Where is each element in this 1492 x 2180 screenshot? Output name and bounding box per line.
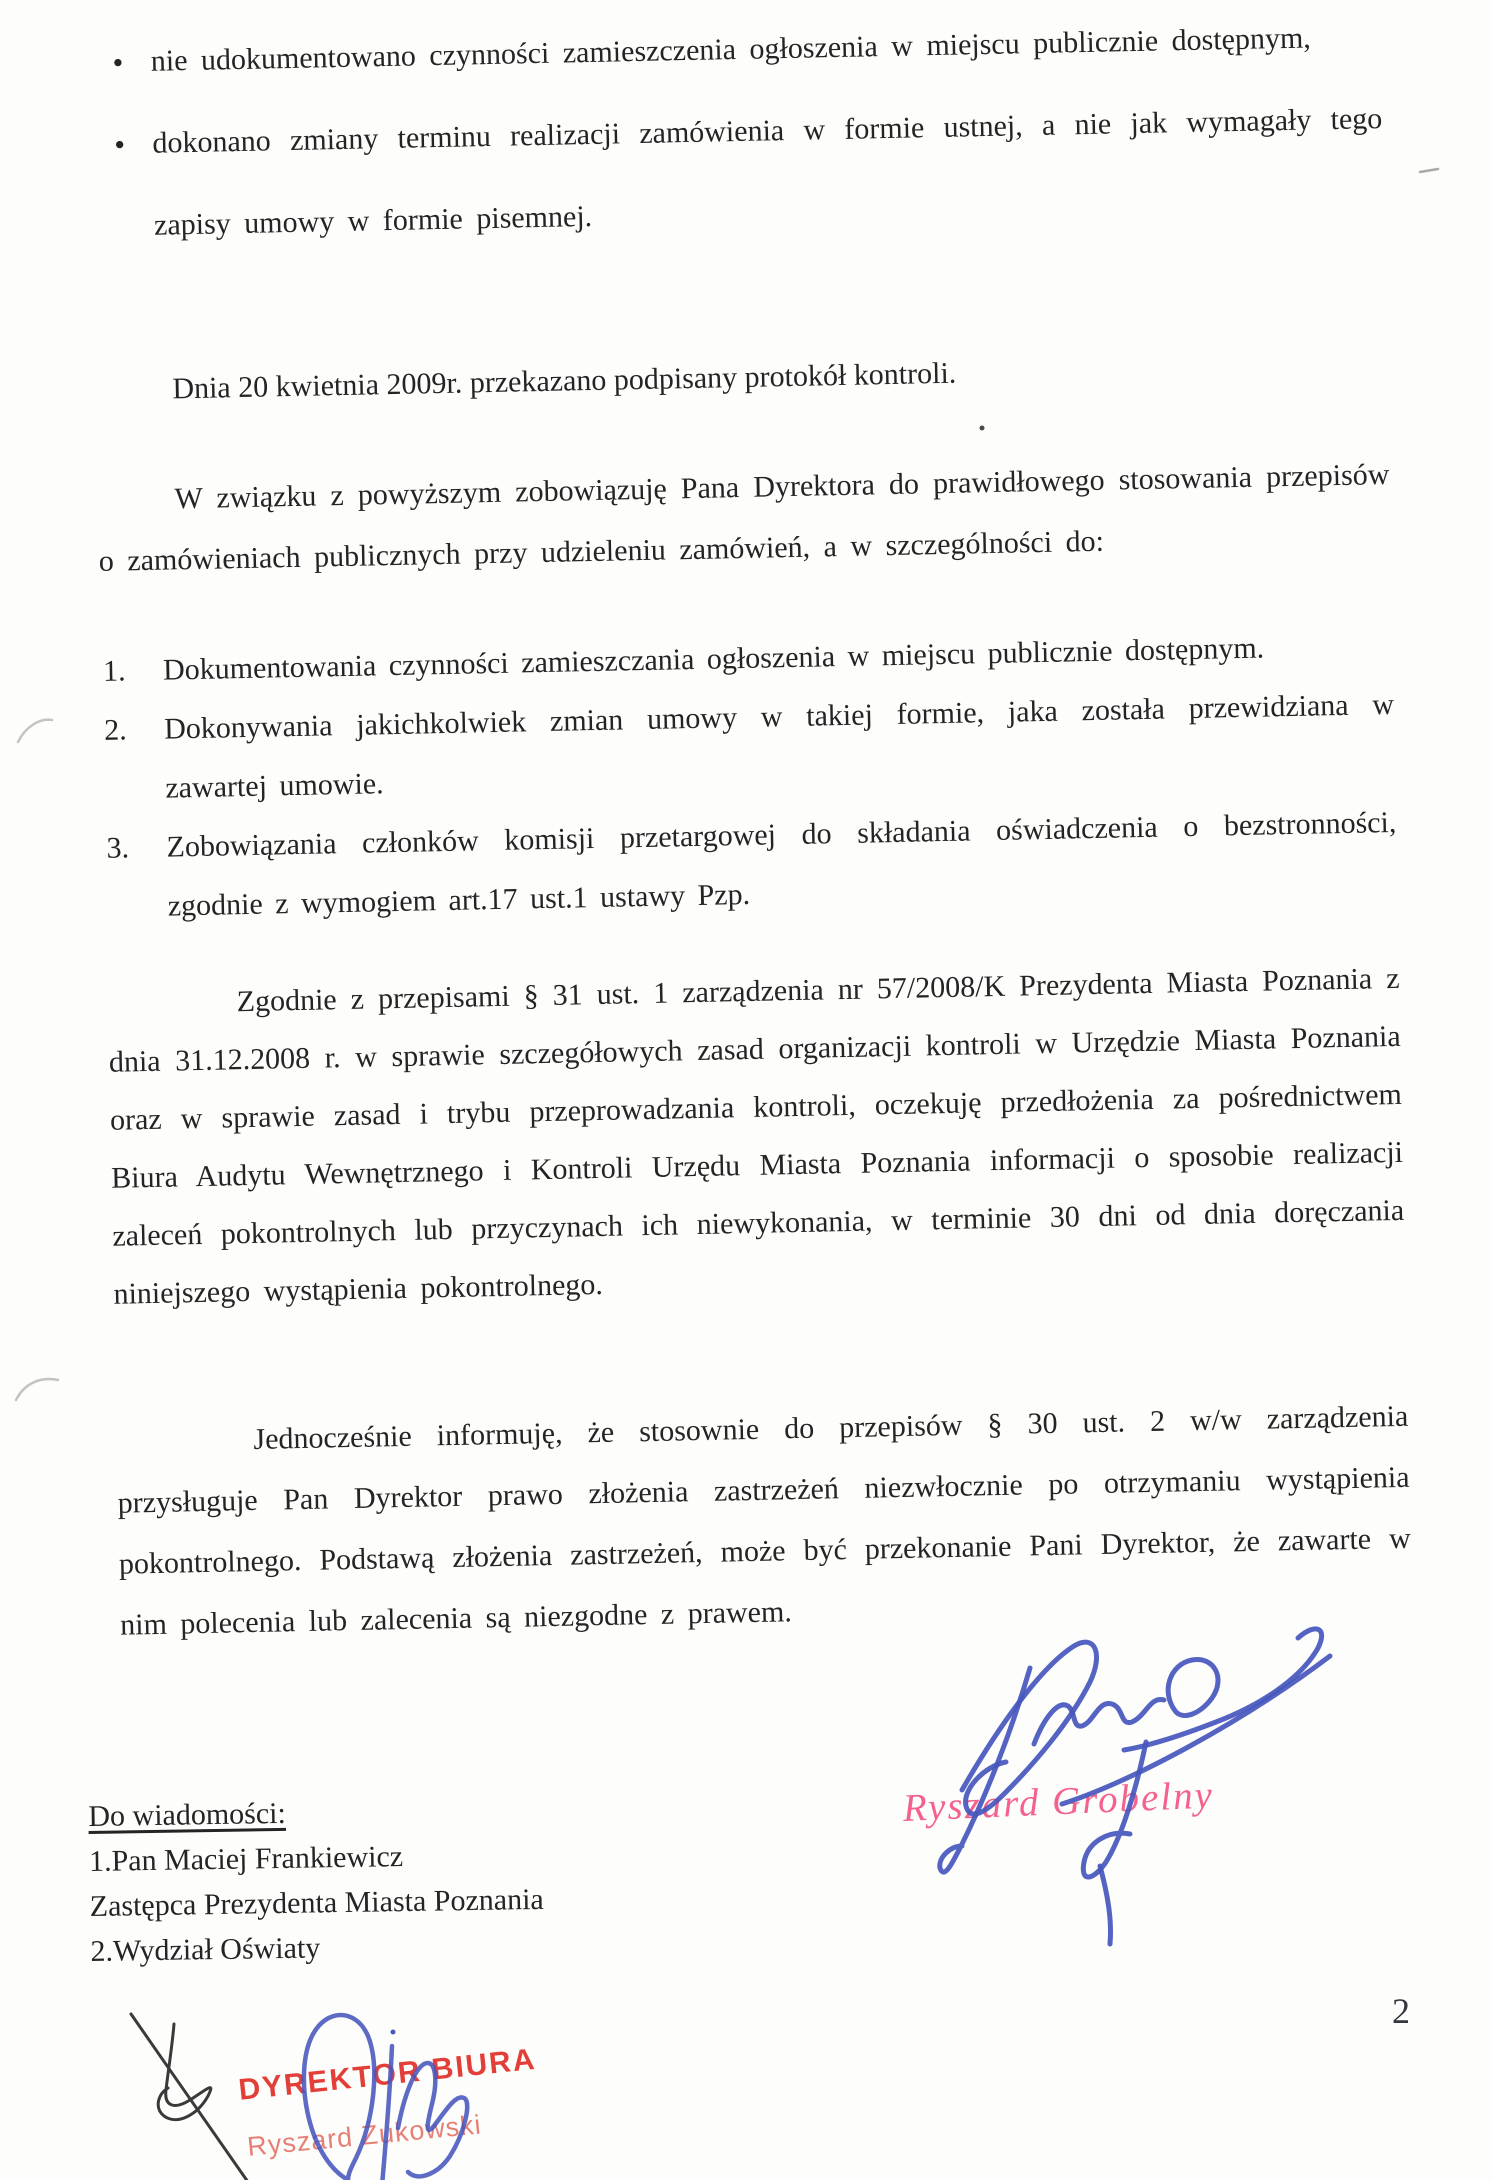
list-item-text: Dokumentowania czynności zamieszczania o… bbox=[163, 632, 1265, 687]
paragraph-legal-basis: Zgodnie z przepisami § 31 ust. 1 zarządz… bbox=[107, 950, 1406, 1324]
list-item-text: Dokonywania jakichkolwiek zmian umowy w … bbox=[164, 688, 1394, 805]
list-item-text: Zobowiązania członków komisji przetargow… bbox=[166, 806, 1396, 923]
paragraph-objection-rights: Jednocześnie informuję, że stosownie do … bbox=[116, 1386, 1413, 1656]
paragraph-protocol-handover: Dnia 20 kwietnia 2009r. przekazano podpi… bbox=[95, 334, 1388, 421]
list-marker: 1. bbox=[102, 641, 126, 700]
list-marker: 3. bbox=[106, 818, 130, 877]
distribution-block: Do wiadomości: 1.Pan Maciej Frankiewicz … bbox=[88, 1787, 545, 1974]
pen-mark-ink bbox=[131, 2014, 248, 2180]
list-item: 3. Zobowiązania członków komisji przetar… bbox=[104, 793, 1398, 937]
paragraph-obligation-intro: W związku z powyższym zobowiązuję Pana D… bbox=[97, 444, 1391, 592]
distribution-item: Zastępca Prezydenta Miasta Poznania bbox=[89, 1877, 544, 1929]
obligation-list: 1. Dokumentowania czynności zamieszczani… bbox=[100, 616, 1398, 937]
list-marker: 2. bbox=[104, 700, 128, 759]
findings-bullet-list: nie udokumentowano czynności zamieszczen… bbox=[88, 0, 1385, 268]
distribution-item: 2.Wydział Oświaty bbox=[90, 1922, 545, 1974]
scanned-letter-page: nie udokumentowano czynności zamieszczen… bbox=[0, 0, 1492, 2180]
page-number: 2 bbox=[1392, 1990, 1410, 2032]
distribution-heading: Do wiadomości: bbox=[88, 1787, 543, 1839]
director-stamp-name: Ryszard Żukowski bbox=[246, 2109, 483, 2162]
document-text: nie udokumentowano czynności zamieszczen… bbox=[88, 0, 1418, 1922]
bullet-item: dokonano zmiany terminu realizacji zamów… bbox=[90, 78, 1385, 268]
director-stamp-title: DYREKTOR BIURA bbox=[237, 2043, 538, 2108]
distribution-item: 1.Pan Maciej Frankiewicz bbox=[89, 1832, 544, 1884]
